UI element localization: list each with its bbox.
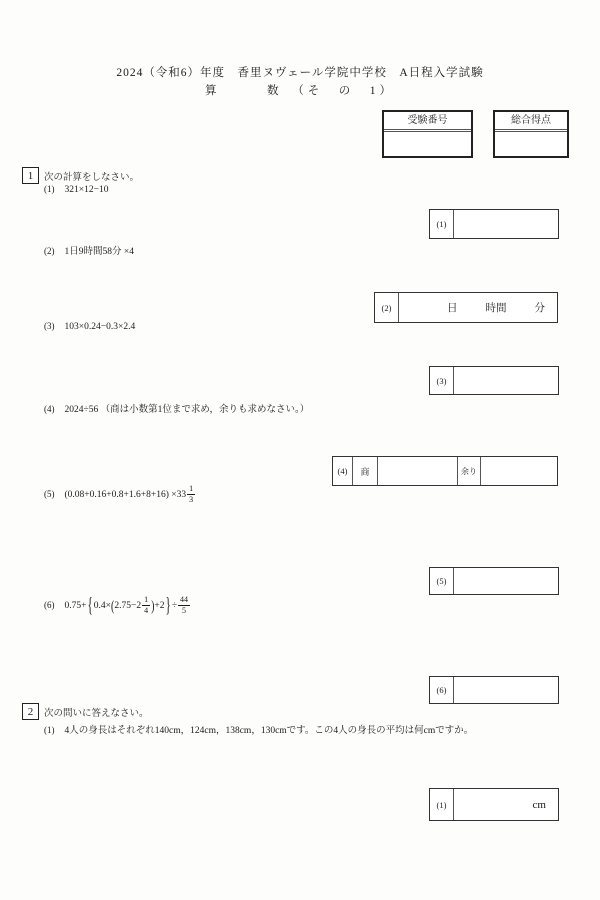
close-brace: } xyxy=(166,594,171,617)
total-score-field xyxy=(495,132,567,158)
problem-1-5: (5)(0.08+0.16+0.8+1.6+8+16) ×3313 xyxy=(44,485,196,504)
answer-box-1-2: (2) 日 時間 分 xyxy=(374,292,558,323)
problem-1-2-label: (2) xyxy=(44,246,55,256)
unit-hours: 時間 xyxy=(486,300,507,315)
answer-box-1-1-field xyxy=(454,210,558,238)
section2-number: 2 xyxy=(22,703,39,720)
exam-title: 2024（令和6）年度 香里ヌヴェール学院中学校 A日程入学試験 xyxy=(0,64,600,80)
fraction-44-5: 445 xyxy=(178,596,190,615)
answer-box-1-2-label: (2) xyxy=(375,293,399,322)
quotient-label: 商 xyxy=(353,457,378,485)
examinee-number-box: 受験番号 xyxy=(382,110,473,158)
problem-2-1: (1)4人の身長はそれぞれ140cm，124cm，138cm，130cmです。こ… xyxy=(44,722,473,736)
problem-1-3-label: (3) xyxy=(44,321,55,331)
problem-1-1: (1)321×12−10 xyxy=(44,184,108,195)
answer-box-1-6-label: (6) xyxy=(430,677,454,703)
remainder-field xyxy=(481,457,557,485)
fraction-one-quarter: 14 xyxy=(142,596,150,615)
problem-2-1-label: (1) xyxy=(44,725,55,735)
section1-number: 1 xyxy=(22,167,39,184)
problem-1-5-label: (5) xyxy=(44,489,55,499)
section2-instruction: 次の問いに答えなさい。 xyxy=(44,705,149,719)
exam-subtitle: 算 数 （そ の 1） xyxy=(0,82,600,98)
answer-box-1-2-field: 日 時間 分 xyxy=(399,293,557,322)
unit-minutes: 分 xyxy=(535,300,546,315)
problem-1-4: (4)2024÷56 （商は小数第1位まで求め，余りも求めなさい。） xyxy=(44,401,309,415)
problem-1-1-expression: 321×12−10 xyxy=(65,185,109,195)
unit-days: 日 xyxy=(447,300,458,315)
fraction-one-third: 13 xyxy=(187,485,195,504)
answer-box-1-3: (3) xyxy=(429,366,559,395)
problem-1-4-label: (4) xyxy=(44,404,55,414)
problem-2-1-text: 4人の身長はそれぞれ140cm，124cm，138cm，130cmです。この4人… xyxy=(65,726,474,736)
problem-1-2-expression: 1日9時間58分 ×4 xyxy=(65,247,134,257)
answer-box-1-1-label: (1) xyxy=(430,210,454,238)
quotient-field xyxy=(378,457,458,485)
close-paren: ) xyxy=(151,598,154,615)
answer-box-1-5: (5) xyxy=(429,567,559,595)
open-paren: ( xyxy=(111,598,114,615)
problem-1-2: (2)1日9時間58分 ×4 xyxy=(44,243,134,257)
answer-box-1-3-label: (3) xyxy=(430,367,454,394)
answer-box-1-5-field xyxy=(454,568,558,594)
answer-box-2-1: (1) cm xyxy=(429,788,559,821)
problem-1-3: (3)103×0.24−0.3×2.4 xyxy=(44,321,135,332)
problem-1-3-expression: 103×0.24−0.3×2.4 xyxy=(65,322,136,332)
answer-box-1-4: (4) 商 余り xyxy=(332,456,558,486)
problem-1-5-expression-prefix: (0.08+0.16+0.8+1.6+8+16) ×33 xyxy=(65,490,187,500)
examinee-number-field xyxy=(384,132,471,158)
open-brace: { xyxy=(87,594,92,617)
total-score-box: 総合得点 xyxy=(493,110,569,158)
answer-box-1-3-field xyxy=(454,367,558,394)
answer-box-2-1-field: cm xyxy=(454,789,558,820)
exam-sheet: 2024（令和6）年度 香里ヌヴェール学院中学校 A日程入学試験 算 数 （そ … xyxy=(0,0,600,900)
problem-1-1-label: (1) xyxy=(44,184,55,194)
problem-1-6-label: (6) xyxy=(44,600,55,610)
answer-box-1-4-label: (4) xyxy=(333,457,353,485)
problem-1-4-expression: 2024÷56 （商は小数第1位まで求め，余りも求めなさい。） xyxy=(65,405,310,415)
answer-box-1-5-label: (5) xyxy=(430,568,454,594)
examinee-number-label: 受験番号 xyxy=(384,112,471,132)
answer-box-2-1-label: (1) xyxy=(430,789,454,820)
answer-box-1-6: (6) xyxy=(429,676,559,704)
section1-instruction: 次の計算をしなさい。 xyxy=(44,169,139,183)
unit-cm: cm xyxy=(454,799,558,811)
remainder-label: 余り xyxy=(458,457,481,485)
problem-1-6: (6)0.75+{0.4×(2.75−214)+2}÷445 xyxy=(44,596,191,615)
answer-box-1-1: (1) xyxy=(429,209,559,239)
total-score-label: 総合得点 xyxy=(495,112,567,132)
answer-box-1-6-field xyxy=(454,677,558,703)
